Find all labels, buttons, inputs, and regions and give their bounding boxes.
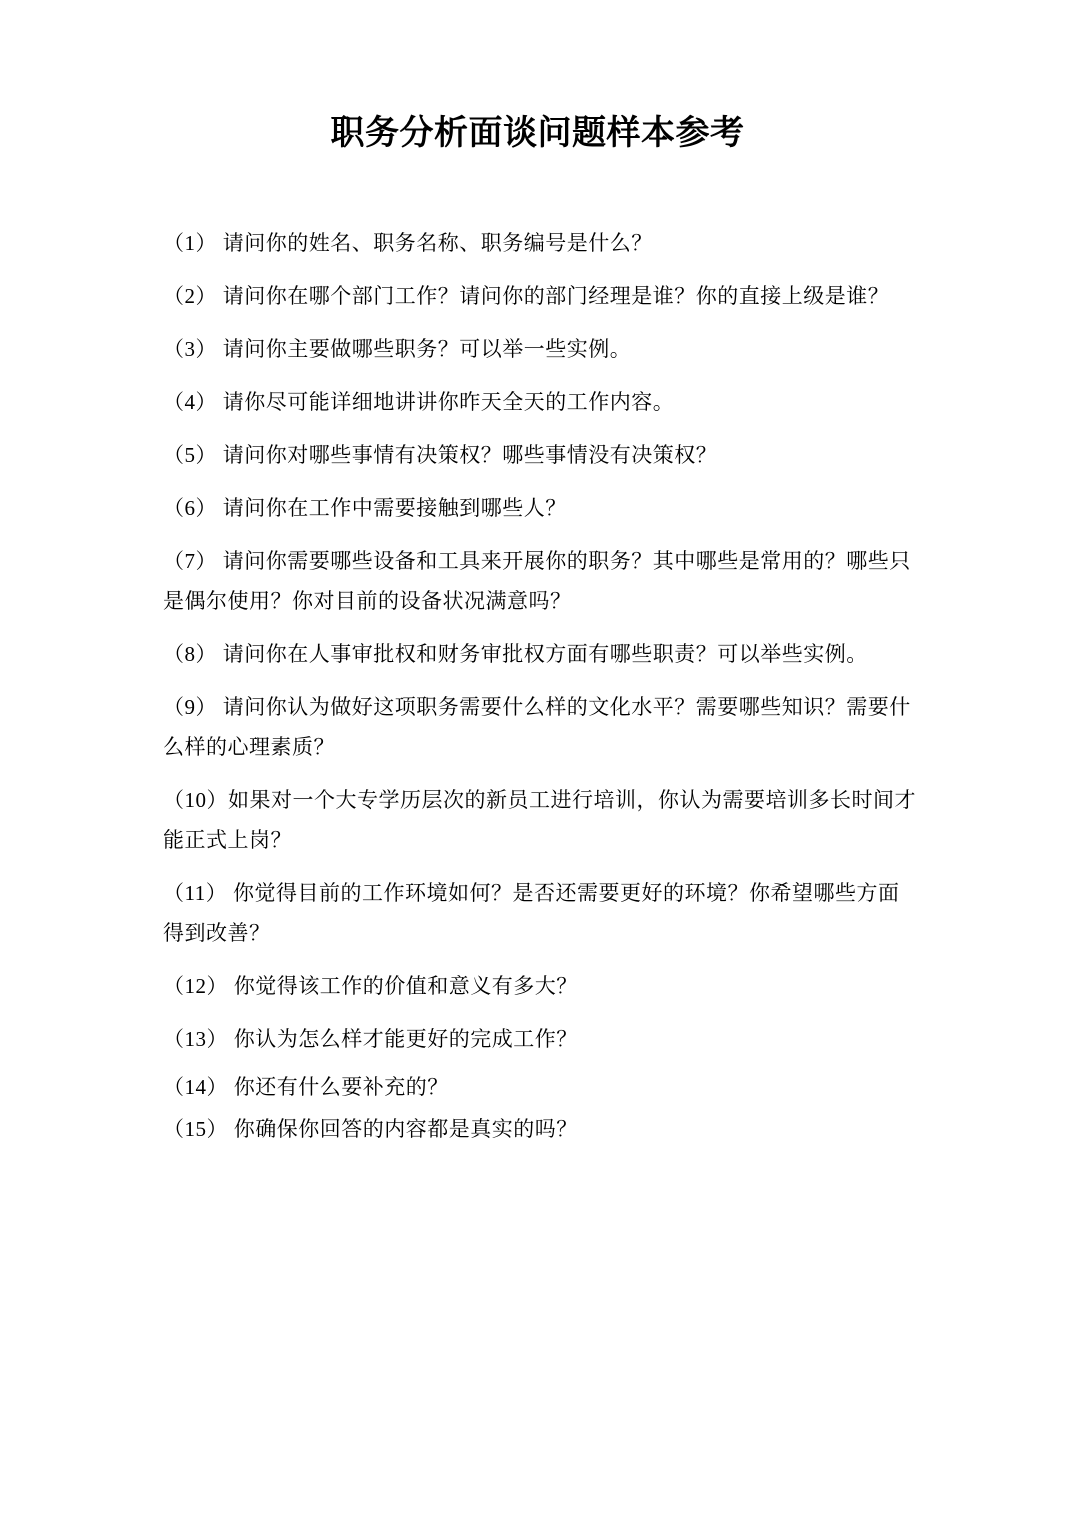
question-item-11: （11） 你觉得目前的工作环境如何？是否还需要更好的环境？你希望哪些方面 得到改… [163, 873, 975, 953]
question-list: （1） 请问你的姓名、职务名称、职务编号是什么？ （2） 请问你在哪个部门工作？… [0, 223, 1075, 1149]
question-item-2: （2） 请问你在哪个部门工作？请问你的部门经理是谁？你的直接上级是谁？ [163, 276, 975, 316]
question-item-15: （15） 你确保你回答的内容都是真实的吗？ [163, 1109, 975, 1149]
document-title: 职务分析面谈问题样本参考 [0, 112, 1075, 156]
question-item-13: （13） 你认为怎么样才能更好的完成工作？ [163, 1019, 975, 1059]
question-item-6: （6） 请问你在工作中需要接触到哪些人？ [163, 488, 975, 528]
document-page: 职务分析面谈问题样本参考 （1） 请问你的姓名、职务名称、职务编号是什么？ （2… [0, 0, 1075, 1518]
question-item-1: （1） 请问你的姓名、职务名称、职务编号是什么？ [163, 223, 975, 263]
question-item-10: （10）如果对一个大专学历层次的新员工进行培训，你认为需要培训多长时间才 能正式… [163, 780, 975, 860]
question-item-3: （3） 请问你主要做哪些职务？可以举一些实例。 [163, 329, 975, 369]
question-item-7: （7） 请问你需要哪些设备和工具来开展你的职务？其中哪些是常用的？哪些只 是偶尔… [163, 541, 975, 621]
question-item-9: （9） 请问你认为做好这项职务需要什么样的文化水平？需要哪些知识？需要什 么样的… [163, 687, 975, 767]
question-item-14: （14） 你还有什么要补充的？ [163, 1067, 975, 1107]
question-item-8: （8） 请问你在人事审批权和财务审批权方面有哪些职责？可以举些实例。 [163, 634, 975, 674]
question-item-4: （4） 请你尽可能详细地讲讲你昨天全天的工作内容。 [163, 382, 975, 422]
question-item-5: （5） 请问你对哪些事情有决策权？哪些事情没有决策权？ [163, 435, 975, 475]
question-item-12: （12） 你觉得该工作的价值和意义有多大？ [163, 966, 975, 1006]
